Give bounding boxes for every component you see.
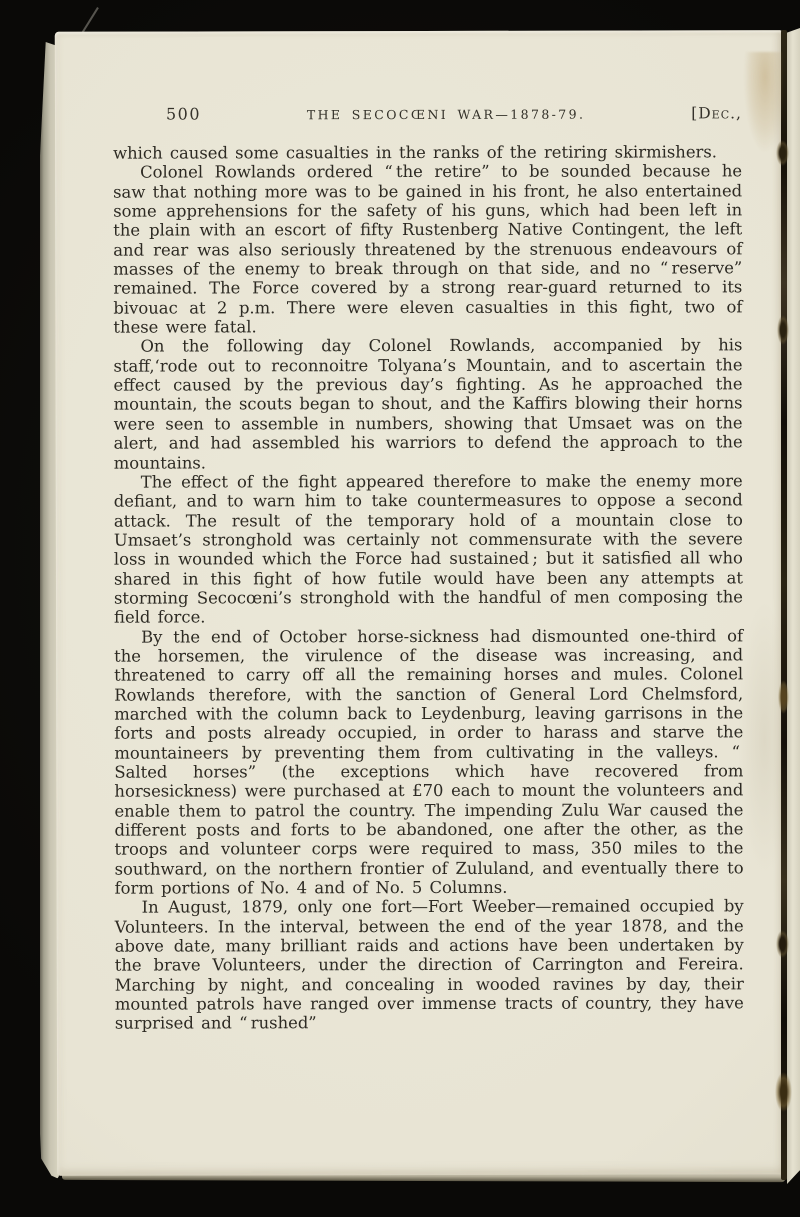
body-paragraph: On the following day Colonel Rowlands, a…: [113, 336, 742, 473]
gutter-ink-blob: [776, 140, 789, 166]
body-paragraph: which caused some casualties in the rank…: [113, 142, 742, 163]
body-paragraph: By the end of October horse-sickness had…: [114, 626, 744, 898]
book-photo-background: 500 THE SECOCŒNI WAR—1878-79. [Dec., whi…: [0, 0, 800, 1217]
body-paragraph: The effect of the fight appeared therefo…: [114, 471, 743, 627]
stain: [744, 52, 782, 152]
page-body: which caused some casualties in the rank…: [113, 142, 744, 1033]
page-number: 500: [166, 104, 201, 123]
book-page: 500 THE SECOCŒNI WAR—1878-79. [Dec., whi…: [55, 30, 784, 1176]
adjacent-page-edge: [787, 28, 800, 1184]
body-paragraph: In August, 1879, only one fort—Fort Weeb…: [115, 897, 744, 1034]
page-header: 500 THE SECOCŒNI WAR—1878-79. [Dec.,: [113, 103, 742, 123]
gutter-ink-blob: [776, 930, 789, 958]
stain: [738, 600, 782, 880]
gutter-ink-blob: [778, 680, 789, 714]
running-title: THE SECOCŒNI WAR—1878-79.: [201, 106, 691, 122]
gutter-ink-blob: [777, 315, 789, 345]
printed-area: 500 THE SECOCŒNI WAR—1878-79. [Dec., whi…: [55, 30, 784, 1176]
date-label: [Dec.,: [691, 104, 742, 122]
body-paragraph: Colonel Rowlands ordered “ the retire” t…: [113, 162, 742, 337]
gutter-ink-blob: [775, 1072, 792, 1112]
